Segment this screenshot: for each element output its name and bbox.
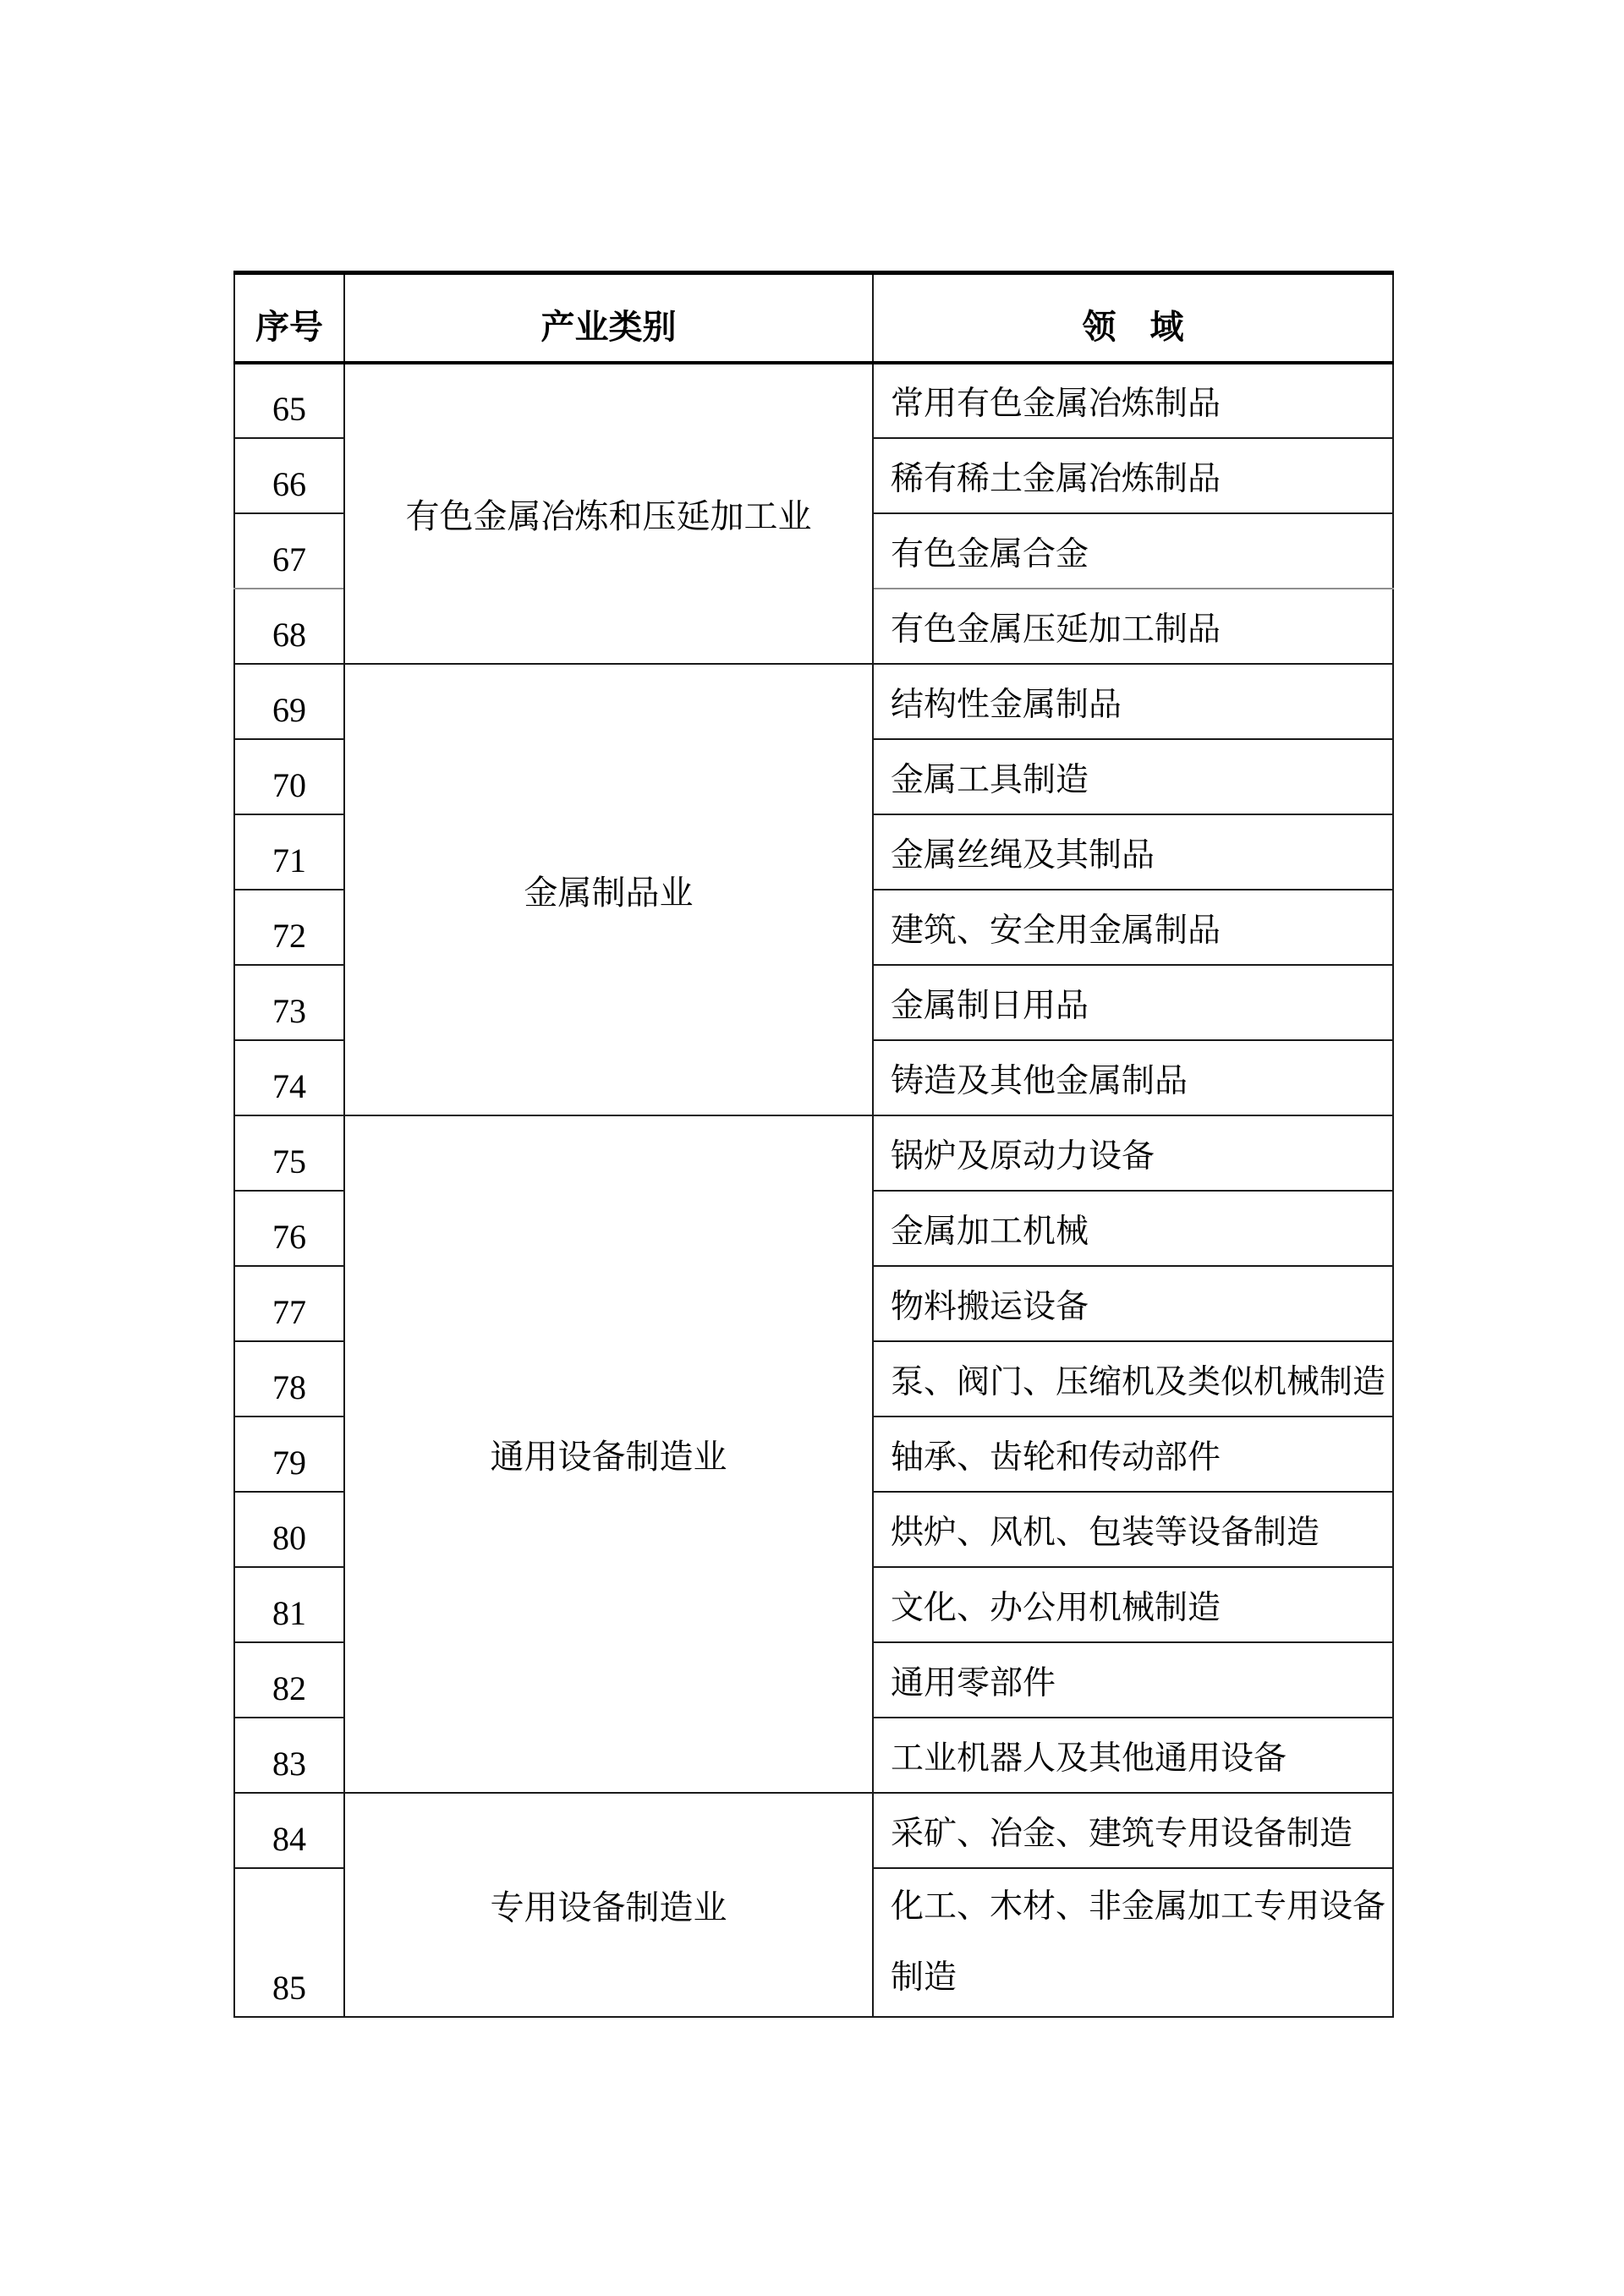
category-cell: 有色金属冶炼和压延加工业 bbox=[344, 363, 873, 664]
category-cell: 金属制品业 bbox=[344, 664, 873, 1115]
header-num: 序号 bbox=[234, 273, 344, 364]
row-number-cell: 67 bbox=[234, 513, 344, 589]
category-cell: 专用设备制造业 bbox=[344, 1793, 873, 2017]
row-number-cell: 71 bbox=[234, 814, 344, 890]
row-number-cell: 75 bbox=[234, 1115, 344, 1191]
header-category: 产业类别 bbox=[344, 273, 873, 364]
row-number-cell: 66 bbox=[234, 438, 344, 513]
field-cell: 结构性金属制品 bbox=[873, 664, 1393, 739]
field-cell: 铸造及其他金属制品 bbox=[873, 1040, 1393, 1115]
field-cell: 锅炉及原动力设备 bbox=[873, 1115, 1393, 1191]
header-row: 序号 产业类别 领 域 bbox=[234, 273, 1393, 364]
field-cell: 稀有稀土金属冶炼制品 bbox=[873, 438, 1393, 513]
row-number-cell: 81 bbox=[234, 1567, 344, 1642]
row-number-cell: 77 bbox=[234, 1266, 344, 1341]
table-row: 84 专用设备制造业 采矿、冶金、建筑专用设备制造 bbox=[234, 1793, 1393, 1868]
row-number-cell: 79 bbox=[234, 1417, 344, 1492]
table-row: 65 有色金属冶炼和压延加工业 常用有色金属冶炼制品 bbox=[234, 363, 1393, 438]
row-number-cell: 76 bbox=[234, 1191, 344, 1266]
table-row: 75 通用设备制造业 锅炉及原动力设备 bbox=[234, 1115, 1393, 1191]
field-cell: 有色金属合金 bbox=[873, 513, 1393, 589]
field-cell: 轴承、齿轮和传动部件 bbox=[873, 1417, 1393, 1492]
field-cell: 物料搬运设备 bbox=[873, 1266, 1393, 1341]
field-cell: 有色金属压延加工制品 bbox=[873, 589, 1393, 664]
row-number-cell: 74 bbox=[234, 1040, 344, 1115]
row-number-cell: 69 bbox=[234, 664, 344, 739]
field-cell: 建筑、安全用金属制品 bbox=[873, 890, 1393, 965]
field-cell: 采矿、冶金、建筑专用设备制造 bbox=[873, 1793, 1393, 1868]
row-number-cell: 83 bbox=[234, 1718, 344, 1793]
field-cell: 烘炉、风机、包装等设备制造 bbox=[873, 1492, 1393, 1567]
row-number-cell: 70 bbox=[234, 739, 344, 814]
table-row: 69 金属制品业 结构性金属制品 bbox=[234, 664, 1393, 739]
field-cell: 金属加工机械 bbox=[873, 1191, 1393, 1266]
document-page: 序号 产业类别 领 域 65 有色金属冶炼和压延加工业 常用有色金属冶炼制品 6… bbox=[0, 0, 1624, 2296]
row-number-cell: 84 bbox=[234, 1793, 344, 1868]
field-cell: 工业机器人及其他通用设备 bbox=[873, 1718, 1393, 1793]
row-number-cell: 78 bbox=[234, 1341, 344, 1417]
field-cell: 金属工具制造 bbox=[873, 739, 1393, 814]
field-cell: 金属制日用品 bbox=[873, 965, 1393, 1040]
row-number-cell: 72 bbox=[234, 890, 344, 965]
industry-table: 序号 产业类别 领 域 65 有色金属冶炼和压延加工业 常用有色金属冶炼制品 6… bbox=[233, 271, 1394, 2018]
row-number-cell: 65 bbox=[234, 363, 344, 438]
row-number-cell: 68 bbox=[234, 589, 344, 664]
row-number-cell: 85 bbox=[234, 1868, 344, 2017]
row-number-cell: 73 bbox=[234, 965, 344, 1040]
field-cell: 泵、阀门、压缩机及类似机械制造 bbox=[873, 1341, 1393, 1417]
field-cell: 金属丝绳及其制品 bbox=[873, 814, 1393, 890]
field-cell: 通用零部件 bbox=[873, 1642, 1393, 1718]
field-cell: 文化、办公用机械制造 bbox=[873, 1567, 1393, 1642]
header-field: 领 域 bbox=[873, 273, 1393, 364]
category-cell: 通用设备制造业 bbox=[344, 1115, 873, 1793]
row-number-cell: 82 bbox=[234, 1642, 344, 1718]
row-number-cell: 80 bbox=[234, 1492, 344, 1567]
field-cell: 化工、木材、非金属加工专用设备制造 bbox=[873, 1868, 1393, 2017]
field-cell: 常用有色金属冶炼制品 bbox=[873, 363, 1393, 438]
